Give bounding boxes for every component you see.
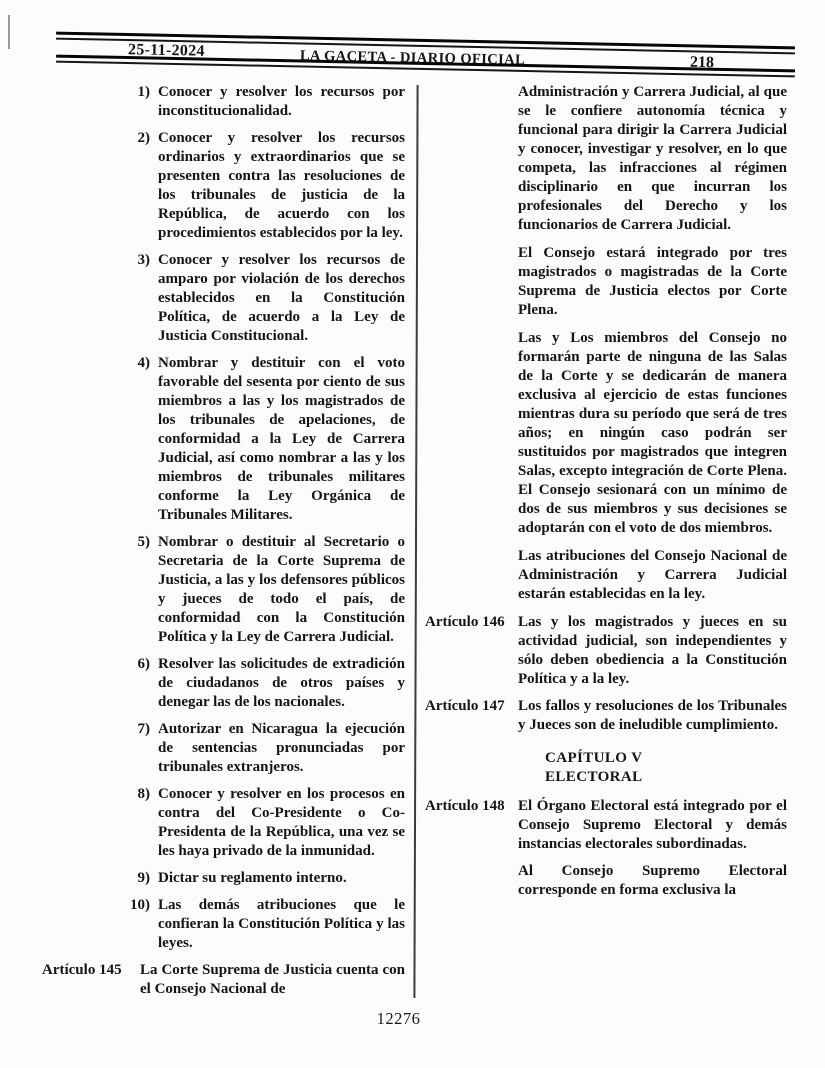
- article-label: Artículo 147: [425, 697, 518, 735]
- list-item-text: Conocer y resolver en los procesos en co…: [158, 785, 405, 861]
- list-item: 6)Resolver las solicitudes de extradició…: [42, 655, 405, 712]
- list-item-text: Las demás atribuciones que le confieran …: [158, 896, 405, 953]
- list-item-marker: 4): [42, 354, 158, 525]
- list-item-marker: 5): [42, 533, 158, 647]
- article-text: El Órgano Electoral está integrado por e…: [518, 797, 787, 854]
- column-divider: [413, 85, 418, 998]
- list-item: 10)Las demás atribuciones que le confier…: [42, 896, 405, 953]
- gazette-page: 25-11-2024 LA GACETA - DIARIO OFICIAL 21…: [0, 0, 825, 1068]
- article-text: Las y los magistrados y jueces en su act…: [518, 613, 787, 689]
- list-item: 2)Conocer y resolver los recursos ordina…: [42, 129, 405, 243]
- list-item-text: Dictar su reglamento interno.: [158, 869, 405, 888]
- paragraph: Las atribuciones del Consejo Nacional de…: [518, 547, 787, 604]
- list-item-marker: 3): [42, 251, 158, 346]
- masthead-page-number: 218: [690, 54, 714, 72]
- article: Artículo 148El Órgano Electoral está int…: [425, 797, 787, 854]
- list-item-text: Conocer y resolver los recursos por inco…: [158, 83, 405, 121]
- article-label: Artículo 146: [425, 613, 518, 689]
- list-item-marker: 2): [42, 129, 158, 243]
- page-footer: 12276: [0, 1009, 797, 1029]
- article-text: Los fallos y resoluciones de los Tribuna…: [518, 697, 787, 735]
- article-text: La Corte Suprema de Justicia cuenta con …: [140, 961, 405, 999]
- list-item: 8)Conocer y resolver en los procesos en …: [42, 785, 405, 861]
- article-label: Artículo 148: [425, 797, 518, 854]
- list-item: 9)Dictar su reglamento interno.: [42, 869, 405, 888]
- list-item-text: Resolver las solicitudes de extradición …: [158, 655, 405, 712]
- list-item-text: Conocer y resolver los recursos de ampar…: [158, 251, 405, 346]
- chapter-heading: CAPÍTULO VELECTORAL: [545, 749, 787, 787]
- list-item-marker: 1): [42, 83, 158, 121]
- page-body: 1)Conocer y resolver los recursos por in…: [0, 83, 825, 1068]
- list-item-marker: 7): [42, 720, 158, 777]
- right-column: Administración y Carrera Judicial, al qu…: [425, 83, 787, 909]
- list-item-text: Autorizar en Nicaragua la ejecución de s…: [158, 720, 405, 777]
- paragraph: Las y Los miembros del Consejo no formar…: [518, 329, 787, 538]
- footer-page-number: 12276: [377, 1009, 421, 1028]
- article: Artículo 146Las y los magistrados y juec…: [425, 613, 787, 689]
- chapter-heading-line: ELECTORAL: [545, 768, 787, 787]
- article-label: Artículo 145: [42, 961, 140, 999]
- list-item: 1)Conocer y resolver los recursos por in…: [42, 83, 405, 121]
- list-item-text: Nombrar y destituir con el voto favorabl…: [158, 354, 405, 525]
- masthead: 25-11-2024 LA GACETA - DIARIO OFICIAL 21…: [0, 0, 825, 84]
- paragraph: Al Consejo Supremo Electoral corresponde…: [518, 862, 787, 900]
- list-item: 4)Nombrar y destituir con el voto favora…: [42, 354, 405, 525]
- list-item-marker: 8): [42, 785, 158, 861]
- chapter-heading-line: CAPÍTULO V: [545, 749, 787, 768]
- list-item-text: Nombrar o destituir al Secretario o Secr…: [158, 533, 405, 647]
- list-item-marker: 10): [42, 896, 158, 953]
- article: Artículo 147Los fallos y resoluciones de…: [425, 697, 787, 735]
- list-item-marker: 9): [42, 869, 158, 888]
- article: Artículo 145La Corte Suprema de Justicia…: [42, 961, 405, 999]
- paragraph: El Consejo estará integrado por tres mag…: [518, 244, 787, 320]
- list-item: 7)Autorizar en Nicaragua la ejecución de…: [42, 720, 405, 777]
- list-item: 3)Conocer y resolver los recursos de amp…: [42, 251, 405, 346]
- paragraph: Administración y Carrera Judicial, al qu…: [518, 83, 787, 235]
- list-item-marker: 6): [42, 655, 158, 712]
- left-column: 1)Conocer y resolver los recursos por in…: [42, 83, 405, 1007]
- list-item-text: Conocer y resolver los recursos ordinari…: [158, 129, 405, 243]
- list-item: 5)Nombrar o destituir al Secretario o Se…: [42, 533, 405, 647]
